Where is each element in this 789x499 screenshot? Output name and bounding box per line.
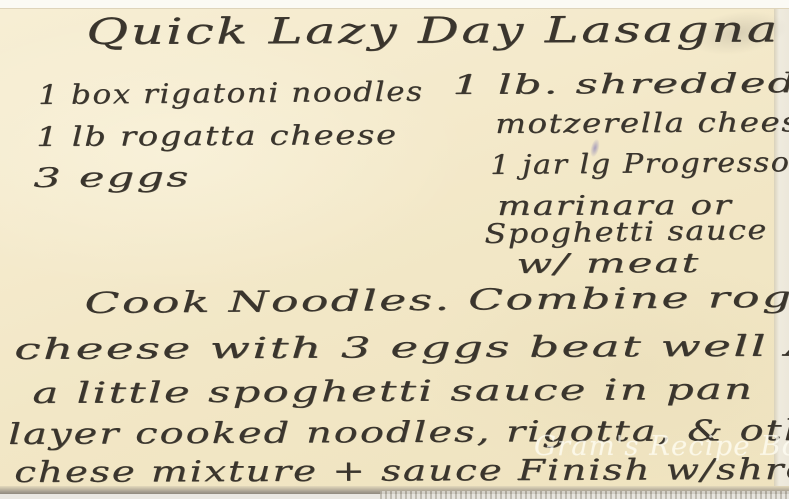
recipe-title: Quick Lazy Day Lasagna — [86, 9, 780, 53]
instruction-line: Cook Noodles. Combine rogatta — [84, 279, 789, 320]
instruction-line: cheese with 3 eggs beat well Add — [14, 328, 789, 366]
ingredient-line: 1 box rigatoni noodles — [38, 76, 424, 111]
ingredient-line: Spoghetti sauce — [484, 215, 768, 250]
scanned-recipe-card-image: Quick Lazy Day Lasagna 1 box rigatoni no… — [0, 0, 789, 499]
scan-edge-top — [0, 0, 789, 9]
ingredient-line: 1 lb rogatta cheese — [36, 120, 398, 153]
ingredient-line: 1 lb. shredded — [452, 68, 789, 101]
ingredient-line: motzerella cheese — [495, 107, 789, 140]
underlying-card-ruled-edge — [380, 491, 789, 499]
grams-recipe-box-watermark: Gram's Recipe Box — [534, 431, 789, 462]
ingredient-line: 1 jar lg Progresso — [490, 147, 789, 181]
ingredient-line: w/ meat — [516, 248, 701, 280]
ingredient-line: 3 eggs — [33, 162, 191, 194]
instruction-line: a little spoghetti sauce in pan — [32, 372, 754, 410]
